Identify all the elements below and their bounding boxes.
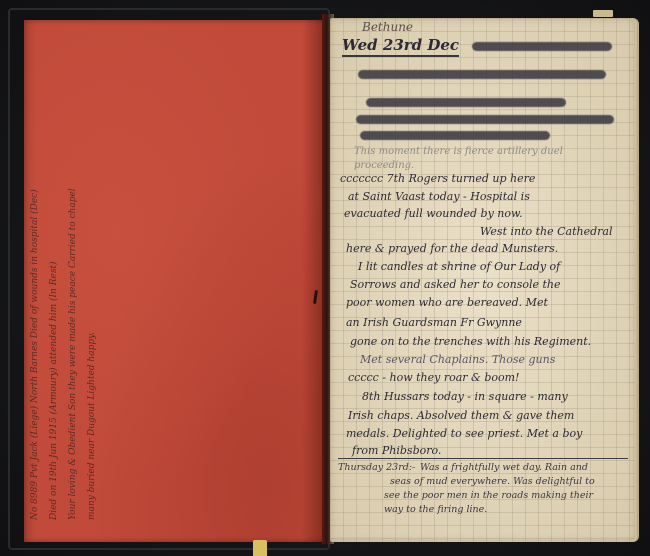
struck-out-line <box>472 42 612 51</box>
struck-out-line <box>366 98 566 107</box>
next-entry-line: seas of mud everywhere. Was delightful t… <box>390 476 595 487</box>
note-line: Your loving & Obedient Son they were mad… <box>64 20 83 520</box>
entry-line: Sorrows and asked her to console the <box>350 278 561 291</box>
entry-divider-rule <box>338 458 628 459</box>
entry-line: Irish chaps. Absolved them & gave them <box>348 409 574 422</box>
bookmark-ribbon-bottom <box>253 540 267 556</box>
entry-line: poor women who are bereaved. Met <box>346 296 548 309</box>
entry-line: here & prayed for the dead Munsters. <box>346 242 558 255</box>
entry-line: I lit candles at shrine of Our Lady of <box>358 260 560 273</box>
note-line: No 8989 Pvt Jack (Liege) North Barnes Di… <box>26 20 45 520</box>
entry-line: Met several Chaplains. Those guns <box>360 353 555 366</box>
entry-line: evacuated full wounded by now. <box>344 207 523 220</box>
entry-line: at Saint Vaast today - Hospital is <box>348 190 530 203</box>
note-line: many buried near Dugout Lighted happy. <box>83 20 102 520</box>
entry-line: ccccc - how they roar & boom! <box>348 371 519 384</box>
entry-line: an Irish Guardsman Fr Gwynne <box>346 316 522 329</box>
next-entry-line: see the poor men in the roads making the… <box>384 490 593 501</box>
note-line: Died on 19th Jun 1915 (Armoury) attended… <box>45 20 64 520</box>
rotated-handwritten-notes: No 8989 Pvt Jack (Liege) North Barnes Di… <box>26 20 136 520</box>
entry-line: West into the Cathedral <box>480 225 613 238</box>
struck-out-line <box>356 115 614 124</box>
place-heading: Bethune <box>362 20 413 34</box>
next-entry-line: Was a frightfully wet day. Rain and <box>420 462 588 473</box>
bookmark-tab-top <box>593 10 613 17</box>
entry-line: medals. Delighted to see priest. Met a b… <box>346 427 582 440</box>
next-entry-line: way to the firing line. <box>384 504 487 515</box>
struck-out-line <box>358 70 606 79</box>
next-entry-date: Thursday 23rd:- <box>338 462 415 473</box>
entry-line: gone on to the trenches with his Regimen… <box>350 335 591 348</box>
struck-out-line <box>360 131 550 140</box>
entry-line: from Phibsboro. <box>352 444 441 457</box>
entry-line: ccccccc 7th Rogers turned up here <box>340 172 535 185</box>
pencil-note: This moment there is fierce artillery du… <box>354 145 624 173</box>
entry-line: 8th Hussars today - in square - many <box>362 390 568 403</box>
entry-date-heading: Wed 23rd Dec <box>342 36 459 57</box>
